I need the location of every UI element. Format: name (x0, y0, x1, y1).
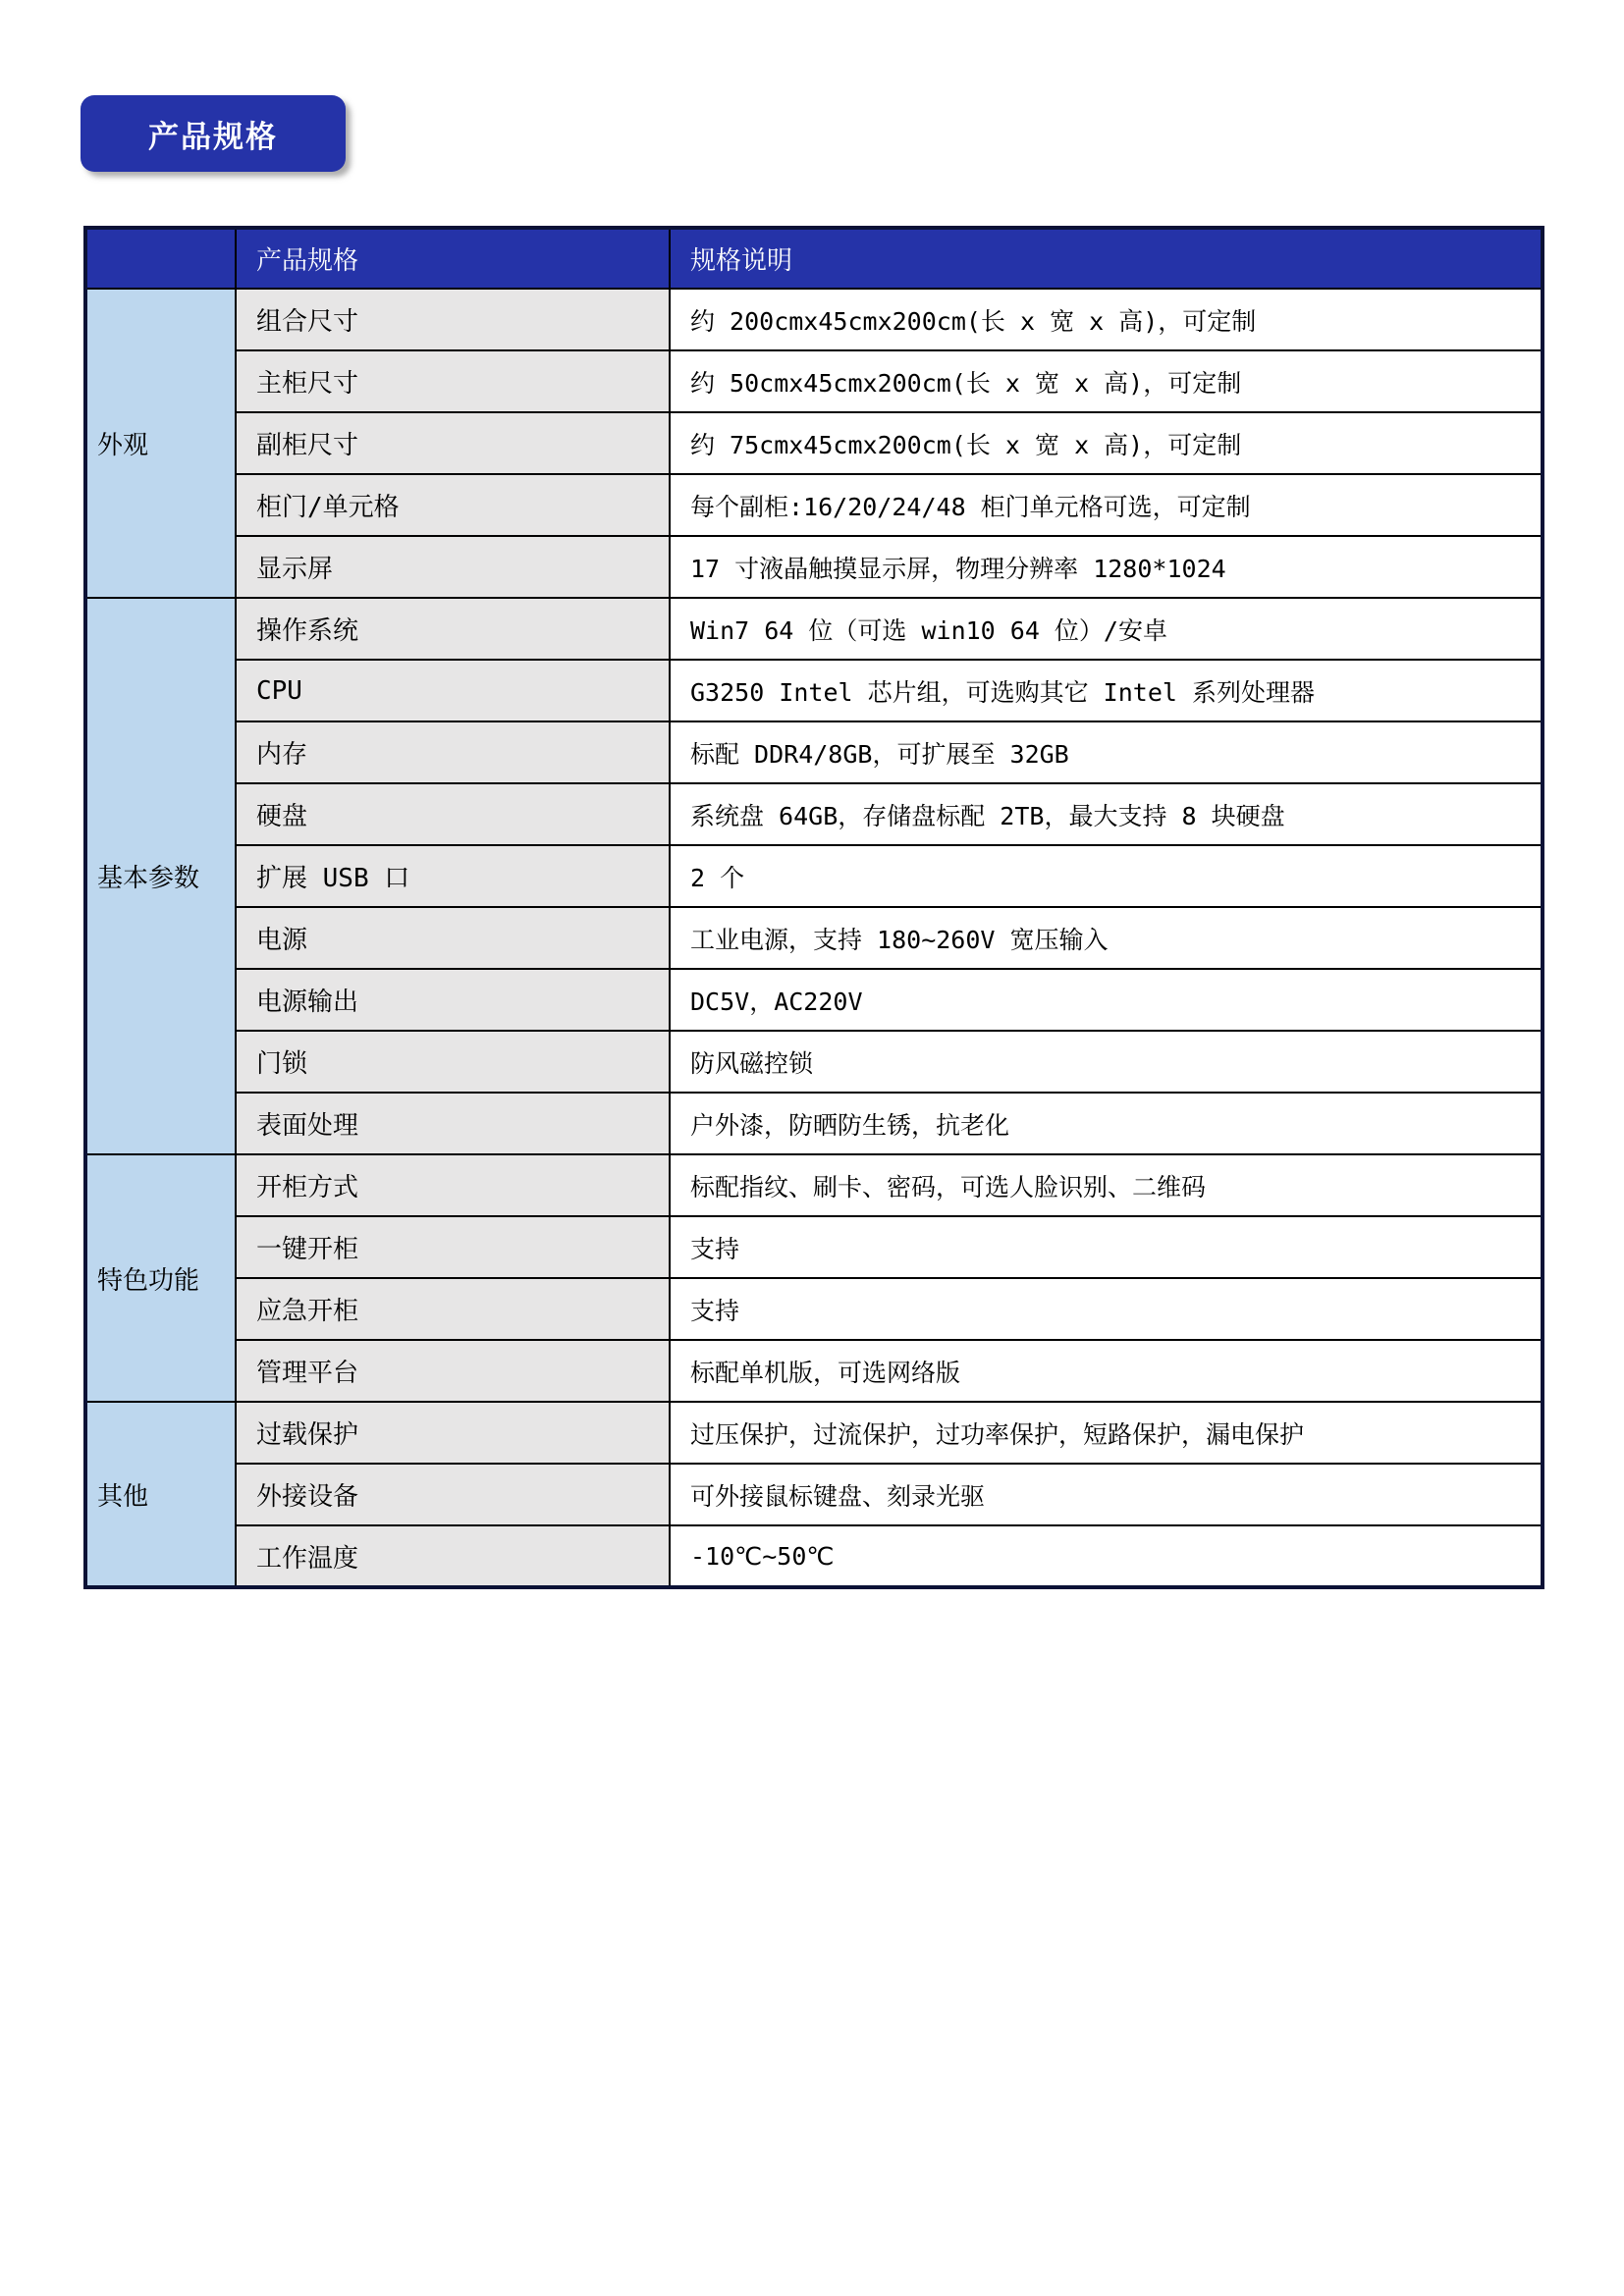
header-product-spec: 产品规格 (236, 228, 670, 289)
section-title-badge: 产品规格 (81, 95, 346, 172)
table-row: 外接设备 可外接鼠标键盘、刻录光驱 (85, 1464, 1543, 1525)
spec-desc: 系统盘 64GB，存储盘标配 2TB，最大支持 8 块硬盘 (670, 783, 1543, 845)
header-spec-description: 规格说明 (670, 228, 1543, 289)
spec-name: CPU (236, 660, 670, 721)
spec-desc: 约 50cmx45cmx200cm(长 x 宽 x 高)，可定制 (670, 350, 1543, 412)
table-row: 电源 工业电源，支持 180~260V 宽压输入 (85, 907, 1543, 969)
spec-name: 显示屏 (236, 536, 670, 598)
spec-desc: 工业电源，支持 180~260V 宽压输入 (670, 907, 1543, 969)
spec-name: 操作系统 (236, 598, 670, 660)
table-row: 扩展 USB 口 2 个 (85, 845, 1543, 907)
spec-desc: G3250 Intel 芯片组，可选购其它 Intel 系列处理器 (670, 660, 1543, 721)
spec-name: 应急开柜 (236, 1278, 670, 1340)
header-corner-cell (85, 228, 236, 289)
table-row: 基本参数 操作系统 Win7 64 位（可选 win10 64 位）/安卓 (85, 598, 1543, 660)
group-cell-features: 特色功能 (85, 1154, 236, 1402)
table-row: 其他 过载保护 过压保护，过流保护，过功率保护，短路保护，漏电保护 (85, 1402, 1543, 1464)
spec-desc: 支持 (670, 1278, 1543, 1340)
spec-name: 柜门/单元格 (236, 474, 670, 536)
spec-desc: DC5V，AC220V (670, 969, 1543, 1031)
spec-desc: 标配单机版，可选网络版 (670, 1340, 1543, 1402)
spec-desc: 过压保护，过流保护，过功率保护，短路保护，漏电保护 (670, 1402, 1543, 1464)
table-row: 特色功能 开柜方式 标配指纹、刷卡、密码，可选人脸识别、二维码 (85, 1154, 1543, 1216)
table-row: 门锁 防风磁控锁 (85, 1031, 1543, 1093)
table-row: 外观 组合尺寸 约 200cmx45cmx200cm(长 x 宽 x 高)，可定… (85, 289, 1543, 350)
table-row: 电源输出 DC5V，AC220V (85, 969, 1543, 1031)
spec-name: 副柜尺寸 (236, 412, 670, 474)
spec-name: 组合尺寸 (236, 289, 670, 350)
spec-desc: Win7 64 位（可选 win10 64 位）/安卓 (670, 598, 1543, 660)
spec-desc: 2 个 (670, 845, 1543, 907)
table-row: 管理平台 标配单机版，可选网络版 (85, 1340, 1543, 1402)
spec-desc: 户外漆，防晒防生锈，抗老化 (670, 1093, 1543, 1154)
table-row: 显示屏 17 寸液晶触摸显示屏，物理分辨率 1280*1024 (85, 536, 1543, 598)
spec-name: 开柜方式 (236, 1154, 670, 1216)
table-row: 应急开柜 支持 (85, 1278, 1543, 1340)
spec-name: 门锁 (236, 1031, 670, 1093)
spec-name: 主柜尺寸 (236, 350, 670, 412)
spec-name: 电源输出 (236, 969, 670, 1031)
spec-desc: 标配指纹、刷卡、密码，可选人脸识别、二维码 (670, 1154, 1543, 1216)
spec-name: 内存 (236, 721, 670, 783)
table-row: CPU G3250 Intel 芯片组，可选购其它 Intel 系列处理器 (85, 660, 1543, 721)
spec-name: 管理平台 (236, 1340, 670, 1402)
spec-desc: 可外接鼠标键盘、刻录光驱 (670, 1464, 1543, 1525)
spec-name: 外接设备 (236, 1464, 670, 1525)
spec-name: 硬盘 (236, 783, 670, 845)
spec-desc: 每个副柜:16/20/24/48 柜门单元格可选，可定制 (670, 474, 1543, 536)
table-row: 柜门/单元格 每个副柜:16/20/24/48 柜门单元格可选，可定制 (85, 474, 1543, 536)
table-row: 硬盘 系统盘 64GB，存储盘标配 2TB，最大支持 8 块硬盘 (85, 783, 1543, 845)
spec-desc: 支持 (670, 1216, 1543, 1278)
spec-desc: 17 寸液晶触摸显示屏，物理分辨率 1280*1024 (670, 536, 1543, 598)
spec-table: 产品规格 规格说明 外观 组合尺寸 约 200cmx45cmx200cm(长 x… (83, 226, 1544, 1589)
spec-name: 一键开柜 (236, 1216, 670, 1278)
spec-desc: -10℃~50℃ (670, 1525, 1543, 1587)
spec-name: 电源 (236, 907, 670, 969)
group-cell-others: 其他 (85, 1402, 236, 1587)
spec-desc: 约 75cmx45cmx200cm(长 x 宽 x 高)，可定制 (670, 412, 1543, 474)
spec-name: 工作温度 (236, 1525, 670, 1587)
group-cell-appearance: 外观 (85, 289, 236, 598)
table-header-row: 产品规格 规格说明 (85, 228, 1543, 289)
table-row: 表面处理 户外漆，防晒防生锈，抗老化 (85, 1093, 1543, 1154)
spec-desc: 标配 DDR4/8GB，可扩展至 32GB (670, 721, 1543, 783)
table-row: 内存 标配 DDR4/8GB，可扩展至 32GB (85, 721, 1543, 783)
spec-name: 过载保护 (236, 1402, 670, 1464)
spec-name: 扩展 USB 口 (236, 845, 670, 907)
table-row: 一键开柜 支持 (85, 1216, 1543, 1278)
table-row: 主柜尺寸 约 50cmx45cmx200cm(长 x 宽 x 高)，可定制 (85, 350, 1543, 412)
spec-desc: 约 200cmx45cmx200cm(长 x 宽 x 高)，可定制 (670, 289, 1543, 350)
spec-name: 表面处理 (236, 1093, 670, 1154)
table-row: 工作温度 -10℃~50℃ (85, 1525, 1543, 1587)
spec-desc: 防风磁控锁 (670, 1031, 1543, 1093)
group-cell-basic-params: 基本参数 (85, 598, 236, 1154)
table-row: 副柜尺寸 约 75cmx45cmx200cm(长 x 宽 x 高)，可定制 (85, 412, 1543, 474)
